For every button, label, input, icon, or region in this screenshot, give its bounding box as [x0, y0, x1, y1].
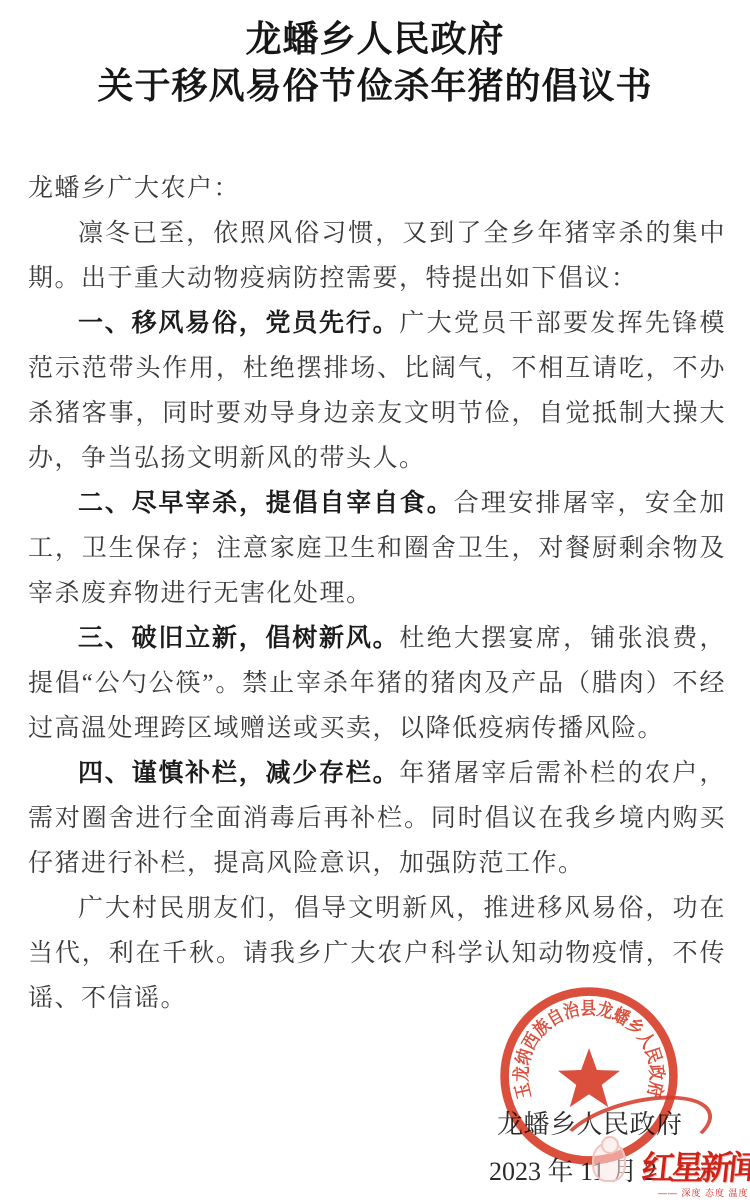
paragraph-item-1: 一、移风易俗，党员先行。广大党员干部要发挥先锋模范示范带头作用，杜绝摆排场、比阔… [28, 301, 726, 481]
paragraph-lead: 二、尽早宰杀，提倡自宰自食。 [78, 489, 454, 517]
paragraph-intro: 凛冬已至，依照风俗习惯，又到了全乡年猪宰杀的集中期。出于重大动物疫病防控需要，特… [28, 211, 726, 301]
official-seal: 玉龙纳西族自治县龙蟠乡人民政府 [495, 982, 683, 1170]
paragraph-text: 凛冬已至，依照风俗习惯，又到了全乡年猪宰杀的集中期。出于重大动物疫病防控需要，特… [28, 220, 726, 292]
salutation: 龙蟠乡广大农户： [28, 166, 726, 211]
title-line-1: 龙蟠乡人民政府 [0, 16, 750, 63]
paragraph-lead: 一、移风易俗，党员先行。 [78, 309, 399, 337]
title-line-2: 关于移风易俗节俭杀年猪的倡议书 [0, 63, 750, 110]
document-title: 龙蟠乡人民政府 关于移风易俗节俭杀年猪的倡议书 [0, 0, 750, 110]
document-page: 龙蟠乡人民政府 关于移风易俗节俭杀年猪的倡议书 龙蟠乡广大农户： 凛冬已至，依照… [0, 0, 750, 1202]
paragraph-item-4: 四、谨慎补栏，减少存栏。年猪屠宰后需补栏的农户，需对圈舍进行全面消毒后再补栏。同… [28, 751, 726, 886]
paragraph-item-2: 二、尽早宰杀，提倡自宰自食。合理安排屠宰，安全加工，卫生保存；注意家庭卫生和圈舍… [28, 481, 726, 616]
paragraph-lead: 三、破旧立新，倡树新风。 [78, 624, 399, 652]
watermark-tagline: —— 深度 态度 温度 —— [658, 1186, 750, 1199]
document-body: 龙蟠乡广大农户： 凛冬已至，依照风俗习惯，又到了全乡年猪宰杀的集中期。出于重大动… [0, 166, 750, 1021]
seal-star-icon [558, 1048, 620, 1107]
paragraph-lead: 四、谨慎补栏，减少存栏。 [78, 759, 399, 787]
paragraph-item-3: 三、破旧立新，倡树新风。杜绝大摆宴席，铺张浪费，提倡“公勺公筷”。禁止宰杀年猪的… [28, 616, 726, 751]
